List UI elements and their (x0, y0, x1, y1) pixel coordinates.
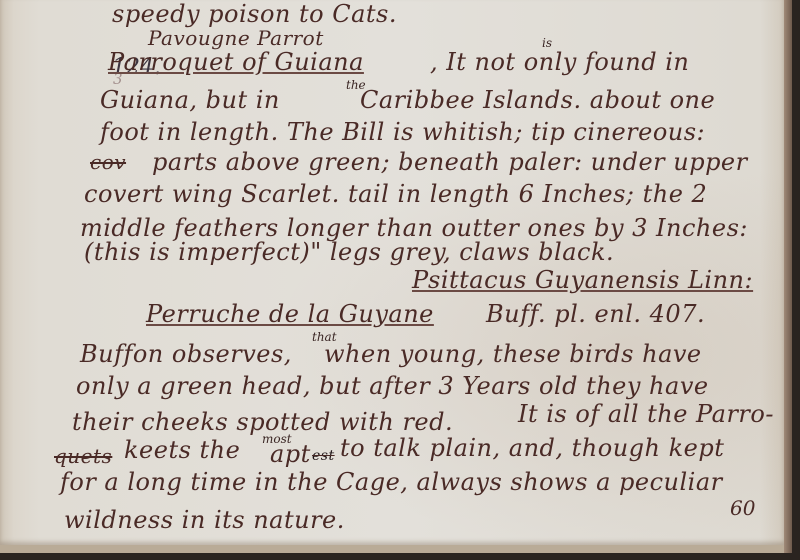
page-edge-bottom (0, 545, 784, 553)
handwritten-line-15: wildness in its nature. (64, 506, 345, 534)
manuscript-page: 124. 3 speedy poison to Cats. Pavougne P… (0, 0, 784, 545)
handwritten-line-1: , It not only found in (430, 48, 689, 76)
handwritten-line-14: for a long time in the Cage, always show… (60, 468, 723, 496)
handwritten-line-13a: keets the (124, 436, 240, 464)
struck-word-est: est (312, 448, 335, 464)
page-edge-right (784, 0, 792, 553)
inserted-heading: Pavougne Parrot (148, 26, 324, 50)
french-name-heading: Perruche de la Guyane (146, 300, 434, 328)
handwritten-line-7: (this is imperfect)" legs grey, claws bl… (84, 238, 614, 266)
handwritten-line-5: covert wing Scarlet. tail in length 6 In… (84, 180, 707, 208)
struck-word-quets: quets (54, 444, 112, 468)
handwritten-line-10b: when young, these birds have (324, 340, 702, 368)
handwritten-line-10a: Buffon observes, (80, 340, 292, 368)
buffon-reference: Buff. pl. enl. 407. (486, 300, 705, 328)
handwritten-line-11: only a green head, but after 3 Years old… (76, 372, 709, 400)
handwritten-line-0: speedy poison to Cats. (112, 0, 397, 28)
handwritten-line-4: parts above green; beneath paler: under … (152, 148, 748, 176)
handwritten-line-2a: Guiana, but in (100, 86, 280, 114)
handwritten-line-3: foot in length. The Bill is whitish; tip… (100, 118, 705, 146)
handwritten-word-apt: apt (270, 440, 311, 468)
handwritten-line-13b: to talk plain, and, though kept (340, 434, 724, 462)
struck-heading: Parroquet of Guiana (108, 48, 364, 76)
handwritten-line-2b: Caribbee Islands. about one (360, 86, 715, 114)
struck-word-cov: cov (90, 150, 126, 174)
page-number: 60 (730, 496, 755, 520)
insertion-is: is (542, 36, 552, 50)
handwritten-line-12b: It is of all the Parro- (518, 400, 774, 428)
scientific-name: Psittacus Guyanensis Linn: (412, 266, 753, 294)
